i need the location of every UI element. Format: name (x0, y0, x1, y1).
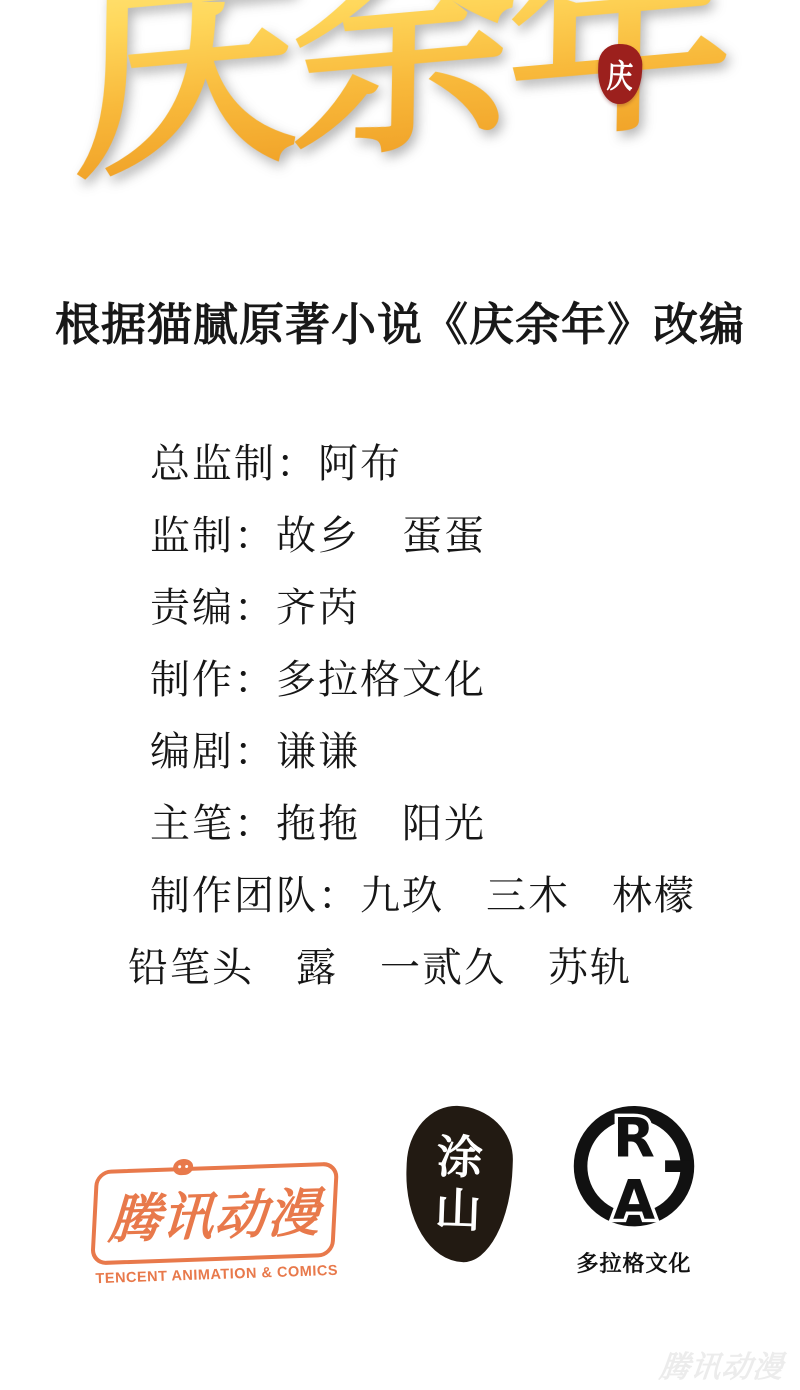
title-text: 庆余年 (59, 0, 741, 211)
tencent-animation-logo: 腾讯动漫 TENCENT ANIMATION & COMICS (82, 1161, 348, 1287)
credit-line: 责编：齐芮 (150, 572, 760, 644)
tencent-logo-wordmark: 腾讯动漫 (107, 1184, 322, 1250)
credits-page: 庆余年 庆 根据猫腻原著小说《庆余年》改编 总监制：阿布监制：故乡 蛋蛋责编：齐… (0, 0, 800, 1390)
credit-line: 主笔：拖拖 阳光 (150, 788, 760, 860)
svg-text:A: A (613, 1169, 655, 1232)
tencent-logo-wordmark-box: 腾讯动漫 (90, 1162, 339, 1266)
credit-line: 制作：多拉格文化 (150, 644, 760, 716)
credit-line: 制作团队：九玖 三木 林檬 (150, 860, 760, 932)
title-calligraphy: 庆余年 (59, 0, 741, 211)
seal-glyph: 庆 (606, 50, 634, 97)
drg-logo-caption: 多拉格文化 (562, 1247, 706, 1278)
drg-logo: R A 多拉格文化 (562, 1104, 706, 1278)
adaptation-note: 根据猫腻原著小说《庆余年》改编 (0, 288, 800, 353)
credit-line: 铅笔头 露 一贰久 苏轨 (128, 932, 760, 1004)
tushan-char-top: 涂 (436, 1132, 484, 1184)
svg-text:R: R (613, 1106, 655, 1169)
mascot-face-icon (173, 1159, 194, 1176)
tencent-watermark: 腾讯动漫 (658, 1342, 787, 1386)
tencent-logo-caption: TENCENT ANIMATION & COMICS (86, 1262, 348, 1287)
credit-line: 编剧：谦谦 (150, 716, 760, 788)
tushan-logo: 涂 山 (403, 1104, 514, 1264)
credits-list: 总监制：阿布监制：故乡 蛋蛋责编：齐芮制作：多拉格文化编剧：谦谦主笔：拖拖 阳光… (150, 428, 760, 1004)
tushan-char-bottom: 山 (434, 1184, 482, 1236)
credit-line: 总监制：阿布 (150, 428, 760, 500)
drg-monogram-icon: R A (566, 1104, 702, 1240)
credit-line: 监制：故乡 蛋蛋 (150, 500, 760, 572)
